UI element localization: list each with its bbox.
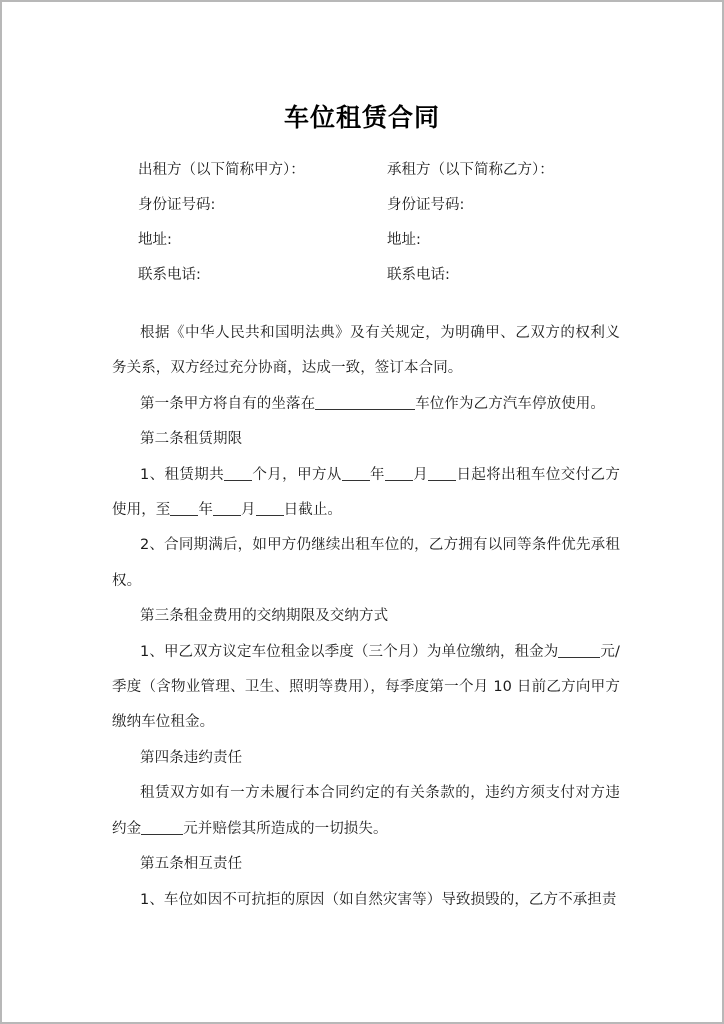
penalty-amount-blank xyxy=(141,818,183,835)
clause-text: 个月，甲方从 xyxy=(252,467,342,483)
clause-text: 1、租赁期共 xyxy=(140,467,224,483)
party-info: 出租方（以下简称甲方）： 承租方（以下简称乙方）： 身份证号码: 身份证号码: … xyxy=(138,158,638,298)
clause-text: 日截止。 xyxy=(284,502,342,518)
lessee-address-label: 地址: xyxy=(387,228,421,252)
article-2-clause-2: 2、合同期满后，如甲方仍继续出租车位的，乙方拥有以同等条件优先承租权。 xyxy=(112,528,620,599)
contract-body: 根据《中华人民共和国明法典》及有关规定，为明确甲、乙双方的权利义务关系，双方经过… xyxy=(112,316,620,918)
lessor-phone-label: 联系电话: xyxy=(138,263,201,287)
document-title: 车位租赁合同 xyxy=(2,98,722,134)
months-blank xyxy=(224,464,252,481)
clause-text: 月 xyxy=(413,467,428,483)
start-month-blank xyxy=(385,464,413,481)
article-4-text: 租赁双方如有一方未履行本合同约定的有关条款的，违约方须支付对方违约金元并赔偿其所… xyxy=(112,776,620,847)
rent-amount-blank xyxy=(558,641,600,658)
party-row-name: 出租方（以下简称甲方）： 承租方（以下简称乙方）： xyxy=(138,158,638,193)
article-5-clause-1: 1、车位如因不可抗拒的原因（如自然灾害等）导致损毁的，乙方不承担责 xyxy=(112,883,620,918)
location-blank xyxy=(315,393,415,410)
end-month-blank xyxy=(213,499,241,516)
document-page: 车位租赁合同 出租方（以下简称甲方）： 承租方（以下简称乙方）： 身份证号码: … xyxy=(0,0,724,1024)
lessee-phone-label: 联系电话: xyxy=(387,263,450,287)
preamble: 根据《中华人民共和国明法典》及有关规定，为明确甲、乙双方的权利义务关系，双方经过… xyxy=(112,316,620,387)
lessor-id-label: 身份证号码: xyxy=(138,193,215,217)
clause-text: 年 xyxy=(370,467,385,483)
lessor-label: 出租方（以下简称甲方）： xyxy=(138,158,305,182)
article-5-heading: 第五条相互责任 xyxy=(112,847,620,882)
end-day-blank xyxy=(256,499,284,516)
lessee-label: 承租方（以下简称乙方）： xyxy=(387,158,554,182)
clause-text: 元并赔偿其所造成的一切损失。 xyxy=(183,821,387,837)
end-year-blank xyxy=(170,499,198,516)
start-year-blank xyxy=(342,464,370,481)
lessee-id-label: 身份证号码: xyxy=(387,193,464,217)
party-row-address: 地址: 地址: xyxy=(138,228,638,263)
article-2-heading: 第二条租赁期限 xyxy=(112,422,620,457)
article-2-clause-1: 1、租赁期共个月，甲方从年月日起将出租车位交付乙方使用，至年月日截止。 xyxy=(112,458,620,529)
clause-text: 1、甲乙双方议定车位租金以季度（三个月）为单位缴纳，租金为 xyxy=(140,644,558,660)
party-row-id: 身份证号码: 身份证号码: xyxy=(138,193,638,228)
article-3-heading: 第三条租金费用的交纳期限及交纳方式 xyxy=(112,599,620,634)
article-4-heading: 第四条违约责任 xyxy=(112,741,620,776)
lessor-address-label: 地址: xyxy=(138,228,172,252)
clause-text: 年 xyxy=(198,502,213,518)
start-day-blank xyxy=(428,464,456,481)
article-1: 第一条甲方将自有的坐落在车位作为乙方汽车停放使用。 xyxy=(112,387,620,422)
party-row-phone: 联系电话: 联系电话: xyxy=(138,263,638,298)
article-3-clause-1: 1、甲乙双方议定车位租金以季度（三个月）为单位缴纳，租金为元/季度（含物业管理、… xyxy=(112,635,620,741)
clause-text: 月 xyxy=(241,502,256,518)
article-1-text-after: 车位作为乙方汽车停放使用。 xyxy=(415,396,605,412)
article-1-text-before: 第一条甲方将自有的坐落在 xyxy=(140,396,315,412)
